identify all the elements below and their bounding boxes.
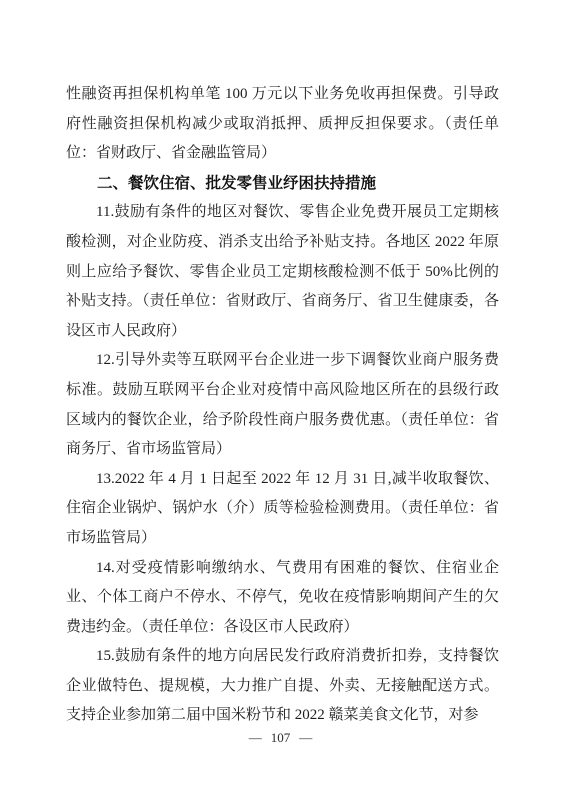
- page-number-dash-right: —: [299, 730, 312, 746]
- section-heading: 二、餐饮住宿、批发零售业纾困扶持措施: [66, 169, 499, 199]
- document-body: 性融资再担保机构单笔 100 万元以下业务免收再担保费。引导政府性融资担保机构减…: [66, 80, 499, 731]
- page-number-dash-left: —: [249, 730, 262, 746]
- policy-item-12: 12.引导外卖等互联网平台企业进一步下调餐饮业商户服务费标准。鼓励互联网平台企业…: [66, 346, 499, 464]
- document-page: 性融资再担保机构单笔 100 万元以下业务免收再担保费。引导政府性融资担保机构减…: [0, 0, 561, 793]
- paragraph-continuation: 性融资再担保机构单笔 100 万元以下业务免收再担保费。引导政府性融资担保机构减…: [66, 80, 499, 169]
- page-number: 107: [271, 730, 291, 746]
- policy-item-11: 11.鼓励有条件的地区对餐饮、零售企业免费开展员工定期核酸检测，对企业防疫、消杀…: [66, 198, 499, 346]
- page-footer: — 107 —: [0, 730, 561, 746]
- policy-item-14: 14.对受疫情影响缴纳水、气费用有困难的餐饮、住宿业企业、个体工商户不停水、不停…: [66, 554, 499, 643]
- policy-item-13: 13.2022 年 4 月 1 日起至 2022 年 12 月 31 日,减半收…: [66, 465, 499, 554]
- policy-item-15: 15.鼓励有条件的地方向居民发行政府消费折扣券，支持餐饮企业做特色、提规模，大力…: [66, 642, 499, 731]
